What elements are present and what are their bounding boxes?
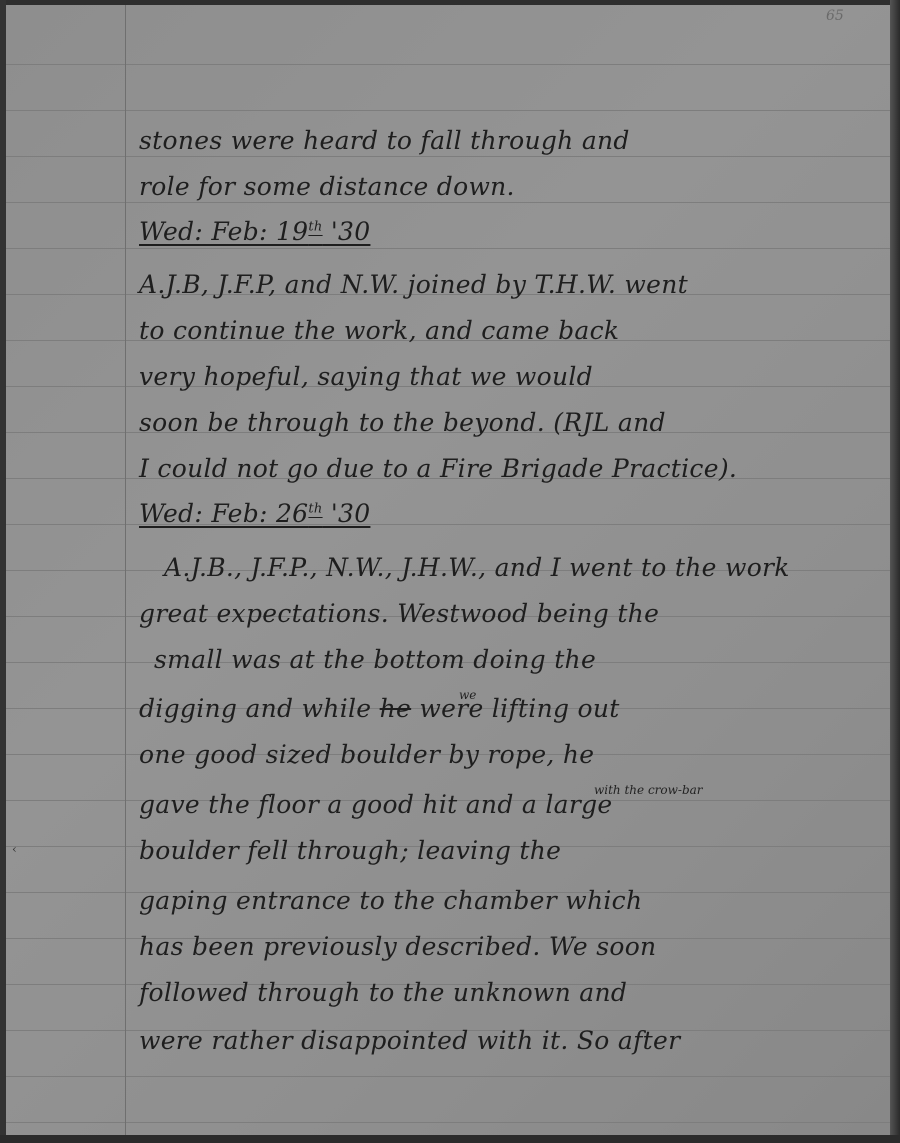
date-suffix: th bbox=[308, 220, 322, 235]
margin-line bbox=[125, 4, 126, 1136]
text-line-12: small was at the bottom doing the bbox=[154, 645, 596, 674]
text-line-20: were rather disappointed with it. So aft… bbox=[139, 1026, 680, 1055]
struck-word: he bbox=[380, 694, 412, 723]
text-line-5: to continue the work, and came back bbox=[139, 316, 619, 345]
ruled-line bbox=[4, 156, 890, 157]
text-line-6: very hopeful, saying that we would bbox=[139, 362, 593, 391]
text-line-16: boulder fell through; leaving the bbox=[139, 836, 561, 865]
ruled-line bbox=[4, 202, 890, 203]
text-line-14: one good sized boulder by rope, he bbox=[139, 740, 594, 769]
entry-date-1: Wed: Feb: 19th '30 bbox=[139, 217, 370, 246]
page-left-edge bbox=[0, 0, 6, 1143]
ruled-line bbox=[4, 524, 890, 525]
insertion-note: with the crow-bar bbox=[594, 783, 703, 797]
date-suffix: th bbox=[308, 502, 322, 517]
date-text: Wed: Feb: 26 bbox=[139, 499, 308, 528]
date-text: Wed: Feb: 19 bbox=[139, 217, 308, 246]
ruled-line bbox=[4, 1076, 890, 1077]
text-line-4: A.J.B, J.F.P, and N.W. joined by T.H.W. … bbox=[139, 270, 688, 299]
line-text: and a large bbox=[466, 790, 613, 819]
ruled-line bbox=[4, 64, 890, 65]
page-bottom-edge bbox=[0, 1135, 900, 1143]
text-line-7: soon be through to the beyond. (RJL and bbox=[139, 408, 666, 437]
text-line-8: I could not go due to a Fire Brigade Pra… bbox=[139, 454, 737, 483]
text-line-10: A.J.B., J.F.P., N.W., J.H.W., and I went… bbox=[164, 553, 790, 582]
date-year: '30 bbox=[323, 499, 371, 528]
text-line-13: digging and while he were lifting out bbox=[139, 694, 620, 723]
text-line-18: has been previously described. We soon bbox=[139, 932, 656, 961]
line-text: gave the floor a good hit bbox=[139, 790, 466, 819]
ruled-line bbox=[4, 248, 890, 249]
ruled-line bbox=[4, 1122, 890, 1123]
text-line-11: great expectations. Westwood being the bbox=[139, 599, 659, 628]
notebook-page: 65 ‹ stones were heard to fall through a… bbox=[4, 4, 890, 1136]
line-text: digging and while bbox=[139, 694, 380, 723]
text-line-17: gaping entrance to the chamber which bbox=[139, 886, 642, 915]
text-line-1: stones were heard to fall through and bbox=[139, 126, 630, 155]
insertion-note: we bbox=[459, 688, 476, 702]
entry-date-2: Wed: Feb: 26th '30 bbox=[139, 499, 370, 528]
text-line-19: followed through to the unknown and bbox=[139, 978, 627, 1007]
ruled-line bbox=[4, 110, 890, 111]
line-text: were lifting out bbox=[411, 694, 619, 723]
page-number: 65 bbox=[826, 8, 844, 24]
text-line-2: role for some distance down. bbox=[139, 172, 515, 201]
date-year: '30 bbox=[323, 217, 371, 246]
binding-shadow bbox=[890, 0, 900, 1143]
page-top-edge bbox=[0, 0, 900, 5]
text-line-15: gave the floor a good hit and a large bbox=[139, 790, 612, 819]
margin-mark: ‹ bbox=[12, 842, 17, 856]
